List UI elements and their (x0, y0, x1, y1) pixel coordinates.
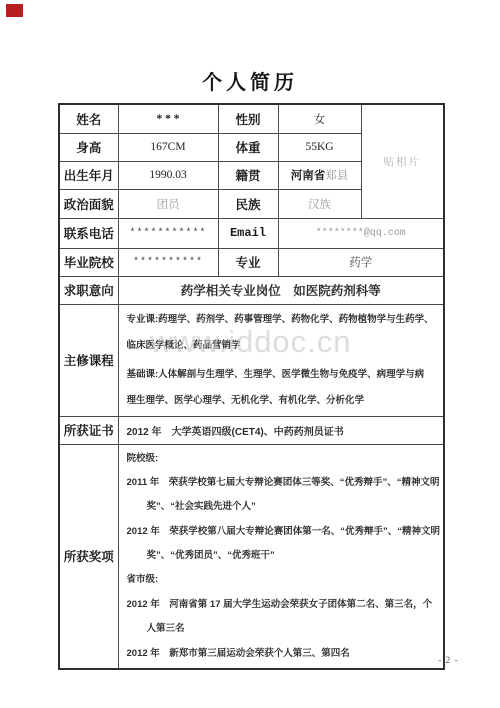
birth-date-value: 1990.03 (118, 161, 218, 189)
gender-label: 性别 (218, 104, 278, 133)
certificates-value-cell: 2012 年 大学英语四级(CET4)、中药药剂员证书 (118, 416, 444, 444)
awards-line-heading: 院校级: (127, 447, 442, 471)
table-row: 求职意向 药学相关专业岗位 如医院药剂科等 (59, 276, 444, 304)
native-place-primary: 河南省 (291, 170, 326, 182)
scan-red-artifact (6, 4, 23, 17)
awards-line: 2011 年 荣获学校第七届大专辩论赛团体三等奖、“优秀辩手”、“精神文明 (127, 471, 442, 495)
page-title: 个人简历 (0, 66, 500, 95)
table-row: 姓名 * * * 性别 女 贴相片 (59, 104, 444, 133)
page-number: - 2 - (438, 656, 459, 666)
awards-content: 院校级: 2011 年 荣获学校第七届大专辩论赛团体三等奖、“优秀辩手”、“精神… (118, 444, 444, 669)
major-value: 药学 (278, 248, 444, 276)
awards-line: 2012 年 新郑市第三届运动会荣获个人第三、第四名 (127, 642, 442, 666)
ethnicity-value: 汉族 (278, 189, 361, 218)
phone-value: *********** (118, 218, 218, 248)
courses-content: 专业课:药理学、药剂学、药事管理学、药物化学、药物植物学与生药学、 临床医学概论… (118, 304, 444, 416)
awards-line: 2012 年 河南省第 17 届大学生运动会荣获女子团体第二名、第三名，个 (127, 593, 442, 617)
political-status-label: 政治面貌 (59, 189, 118, 218)
major-label: 专业 (218, 248, 278, 276)
weight-value: 55KG (278, 133, 361, 161)
name-value: * * * (118, 104, 218, 133)
native-place-label: 籍贯 (218, 161, 278, 189)
certificates-value: 2012 年 大学英语四级(CET4)、中药药剂员证书 (119, 423, 444, 438)
native-place-secondary: 郑县 (325, 170, 348, 182)
courses-label: 主修课程 (59, 304, 118, 416)
awards-line-heading: 省市级: (127, 568, 442, 592)
ethnicity-label: 民族 (218, 189, 278, 218)
objective-label: 求职意向 (59, 276, 118, 304)
political-status-value: 团员 (118, 189, 218, 218)
table-row: 主修课程 专业课:药理学、药剂学、药事管理学、药物化学、药物植物学与生药学、 临… (59, 304, 444, 416)
table-row: 所获证书 2012 年 大学英语四级(CET4)、中药药剂员证书 (59, 416, 444, 444)
photo-placeholder-text: 贴相片 (384, 156, 422, 168)
table-row: 所获奖项 院校级: 2011 年 荣获学校第七届大专辩论赛团体三等奖、“优秀辩手… (59, 444, 444, 669)
photo-placeholder-cell: 贴相片 (361, 104, 444, 218)
name-label: 姓名 (59, 104, 118, 133)
resume-table: 姓名 * * * 性别 女 贴相片 身高 167CM 体重 55KG 出生年月 … (58, 103, 445, 670)
height-label: 身高 (59, 133, 118, 161)
certificates-label: 所获证书 (59, 416, 118, 444)
college-label: 毕业院校 (59, 248, 118, 276)
table-row: 联系电话 *********** Email ********@qq.com (59, 218, 444, 248)
resume-document-page: 个人简历 www.iddoc.cn 姓名 * * * 性别 女 贴相片 身高 1… (0, 0, 500, 708)
email-label: Email (218, 218, 278, 248)
courses-line: 基础课:人体解剖与生理学、生理学、医学微生物与免疫学、病理学与病 (127, 362, 442, 388)
birth-date-label: 出生年月 (59, 161, 118, 189)
awards-line: 奖”、“社会实践先进个人” (127, 495, 442, 519)
courses-line: 专业课:药理学、药剂学、药事管理学、药物化学、药物植物学与生药学、 (127, 307, 442, 333)
weight-label: 体重 (218, 133, 278, 161)
gender-value: 女 (278, 104, 361, 133)
courses-line: 临床医学概论、药品营销学 (127, 333, 442, 359)
awards-line: 2012 年 荣获学校第八届大专辩论赛团体第一名、“优秀辩手”、“精神文明 (127, 520, 442, 544)
height-value: 167CM (118, 133, 218, 161)
awards-line: 奖”、“优秀团员”、“优秀班干” (127, 544, 442, 568)
phone-label: 联系电话 (59, 218, 118, 248)
native-place-value: 河南省郑县 (278, 161, 361, 189)
objective-value: 药学相关专业岗位 如医院药剂科等 (118, 276, 444, 304)
courses-line: 理生理学、医学心理学、无机化学、有机化学、分析化学 (127, 388, 442, 414)
college-value: ********** (118, 248, 218, 276)
awards-label: 所获奖项 (59, 444, 118, 669)
email-value: ********@qq.com (278, 218, 444, 248)
table-row: 毕业院校 ********** 专业 药学 (59, 248, 444, 276)
awards-line: 人第三名 (127, 617, 442, 641)
